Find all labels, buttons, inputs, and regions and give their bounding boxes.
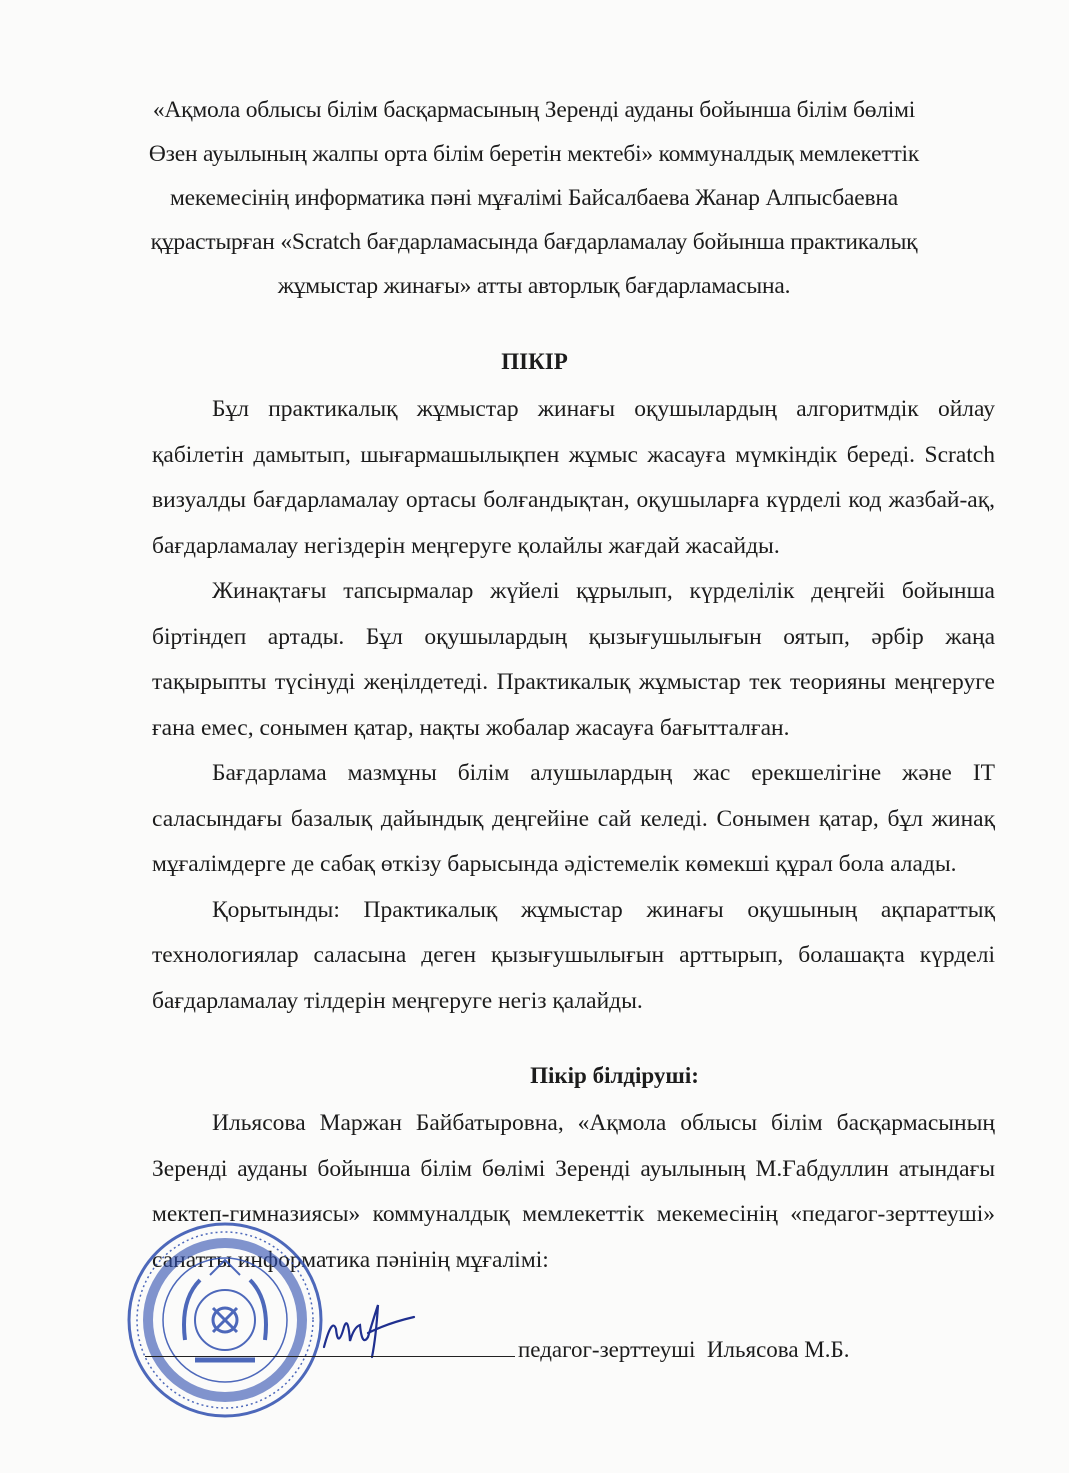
- paragraph: Қорытынды: Практикалық жұмыстар жинағы о…: [152, 888, 995, 1025]
- reviewer-heading: Пікір білдіруші:: [0, 1063, 1069, 1089]
- review-body: Бұл практикалық жұмыстар жинағы оқушылар…: [152, 387, 995, 1024]
- handwritten-signature-icon: [318, 1297, 418, 1359]
- paragraph: Бағдарлама мазмұны білім алушылардың жас…: [152, 751, 995, 888]
- official-seal-icon: [125, 1220, 325, 1420]
- header-line: Өзен ауылының жалпы орта білім беретін м…: [130, 132, 938, 176]
- header-line: құрастырған «Scratch бағдарламасында бағ…: [130, 220, 938, 264]
- header-line: жұмыстар жинағы» атты авторлық бағдарлам…: [130, 264, 938, 308]
- paragraph: Жинақтағы тапсырмалар жүйелі құрылып, кү…: [152, 569, 995, 751]
- document-header: «Ақмола облысы білім басқармасының Зерен…: [130, 88, 938, 308]
- signature-line: [145, 1356, 515, 1357]
- signature-caption: педагог-зерттеуші Ильясова М.Б.: [518, 1337, 849, 1363]
- document-title: ПІКІР: [0, 349, 1069, 375]
- header-line: «Ақмола облысы білім басқармасының Зерен…: [130, 88, 938, 132]
- paragraph: Бұл практикалық жұмыстар жинағы оқушылар…: [152, 387, 995, 569]
- header-line: мекемесінің информатика пәні мұғалімі Ба…: [130, 176, 938, 220]
